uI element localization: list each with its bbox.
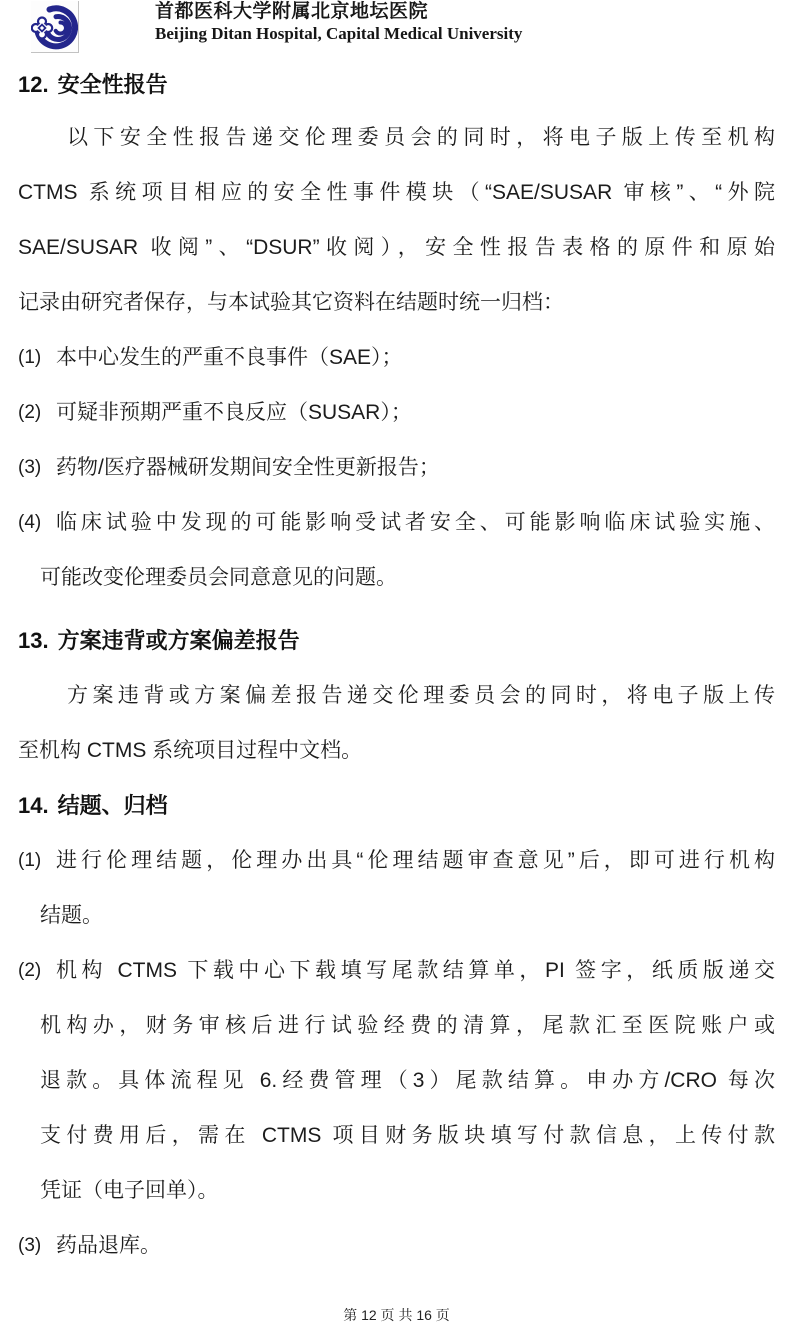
section-number: 14. — [18, 793, 49, 818]
paragraph-line: 以下安全性报告递交伦理委员会的同时，将电子版上传至机构 — [18, 110, 775, 165]
section-title: 方案违背或方案偏差报告 — [58, 628, 300, 653]
paragraph-line: 方案违背或方案偏差报告递交伦理委员会的同时，将电子版上传 — [18, 668, 775, 723]
section-12-heading: 12.安全性报告 — [18, 70, 775, 100]
list-item-line: 本中心发生的严重不良事件（SAE）； — [40, 330, 775, 385]
list-item-line: 结题。 — [40, 888, 775, 943]
hospital-logo-icon — [31, 1, 79, 53]
list-item-line: 进行伦理结题，伦理办出具“伦理结题审查意见”后，即可进行机构 — [40, 833, 775, 888]
list-item-line: 机构办，财务审核后进行试验经费的清算，尾款汇至医院账户或 — [40, 998, 775, 1053]
section-13-heading: 13.方案违背或方案偏差报告 — [18, 613, 775, 668]
list-item-line: 凭证（电子回单）。 — [40, 1163, 775, 1218]
list-item-marker: (2) — [18, 943, 41, 998]
list-item-marker: (3) — [18, 440, 41, 495]
list-item-line: 可疑非预期严重不良反应（SUSAR）； — [40, 385, 775, 440]
list-item-line: 可能改变伦理委员会同意意见的问题。 — [40, 550, 775, 605]
paragraph-line: CTMS 系统项目相应的安全性事件模块（“SAE/SUSAR 审核”、“外院 — [18, 165, 775, 220]
section-number: 12. — [18, 72, 49, 97]
list-item: (4) 临床试验中发现的可能影响受试者安全、可能影响临床试验实施、 可能改变伦理… — [18, 495, 775, 605]
list-item-marker: (1) — [18, 833, 41, 888]
section-number: 13. — [18, 628, 49, 653]
list-item-line: 临床试验中发现的可能影响受试者安全、可能影响临床试验实施、 — [40, 495, 775, 550]
section-title: 结题、归档 — [58, 793, 168, 818]
list-item-marker: (3) — [18, 1218, 41, 1273]
list-item: (1) 进行伦理结题，伦理办出具“伦理结题审查意见”后，即可进行机构 结题。 — [18, 833, 775, 943]
list-item-marker: (1) — [18, 330, 41, 385]
paragraph-line: 记录由研究者保存，与本试验其它资料在结题时统一归档： — [18, 275, 775, 330]
list-item-line: 支付费用后，需在 CTMS 项目财务版块填写付款信息，上传付款 — [40, 1108, 775, 1163]
list-item-line: 药物/医疗器械研发期间安全性更新报告； — [40, 440, 775, 495]
section-title: 安全性报告 — [58, 72, 168, 97]
page-footer: 第 12 页 共 16 页 — [18, 1305, 775, 1325]
list-item: (2) 可疑非预期严重不良反应（SUSAR）； — [18, 385, 775, 440]
list-item-marker: (2) — [18, 385, 41, 440]
list-item-line: 机构 CTMS 下载中心下载填写尾款结算单，PI 签字，纸质版递交 — [40, 943, 775, 998]
paragraph-line: SAE/SUSAR 收阅”、“DSUR”收阅），安全性报告表格的原件和原始 — [18, 220, 775, 275]
document-header: 首都医科大学附属北京地坛医院 Beijing Ditan Hospital, C… — [18, 0, 775, 56]
list-item: (2) 机构 CTMS 下载中心下载填写尾款结算单，PI 签字，纸质版递交 机构… — [18, 943, 775, 1218]
list-item: (3) 药物/医疗器械研发期间安全性更新报告； — [18, 440, 775, 495]
header-text: 首都医科大学附属北京地坛医院 Beijing Ditan Hospital, C… — [155, 0, 522, 45]
section-13-paragraph: 方案违背或方案偏差报告递交伦理委员会的同时，将电子版上传 至机构 CTMS 系统… — [18, 668, 775, 778]
paragraph-line: 至机构 CTMS 系统项目过程中文档。 — [18, 723, 775, 778]
org-name-en: Beijing Ditan Hospital, Capital Medical … — [155, 23, 522, 45]
section-12-paragraph: 以下安全性报告递交伦理委员会的同时，将电子版上传至机构 CTMS 系统项目相应的… — [18, 110, 775, 330]
document-page: 首都医科大学附属北京地坛医院 Beijing Ditan Hospital, C… — [0, 0, 794, 1337]
list-item-marker: (4) — [18, 495, 41, 550]
org-name-cn: 首都医科大学附属北京地坛医院 — [155, 0, 522, 23]
list-item-line: 退款。具体流程见 6.经费管理（3）尾款结算。申办方/CRO 每次 — [40, 1053, 775, 1108]
section-14-heading: 14.结题、归档 — [18, 778, 775, 833]
list-item-line: 药品退库。 — [40, 1218, 775, 1273]
list-item: (3) 药品退库。 — [18, 1218, 775, 1273]
list-item: (1) 本中心发生的严重不良事件（SAE）； — [18, 330, 775, 385]
page-number-info: 第 12 页 共 16 页 — [343, 1307, 450, 1323]
